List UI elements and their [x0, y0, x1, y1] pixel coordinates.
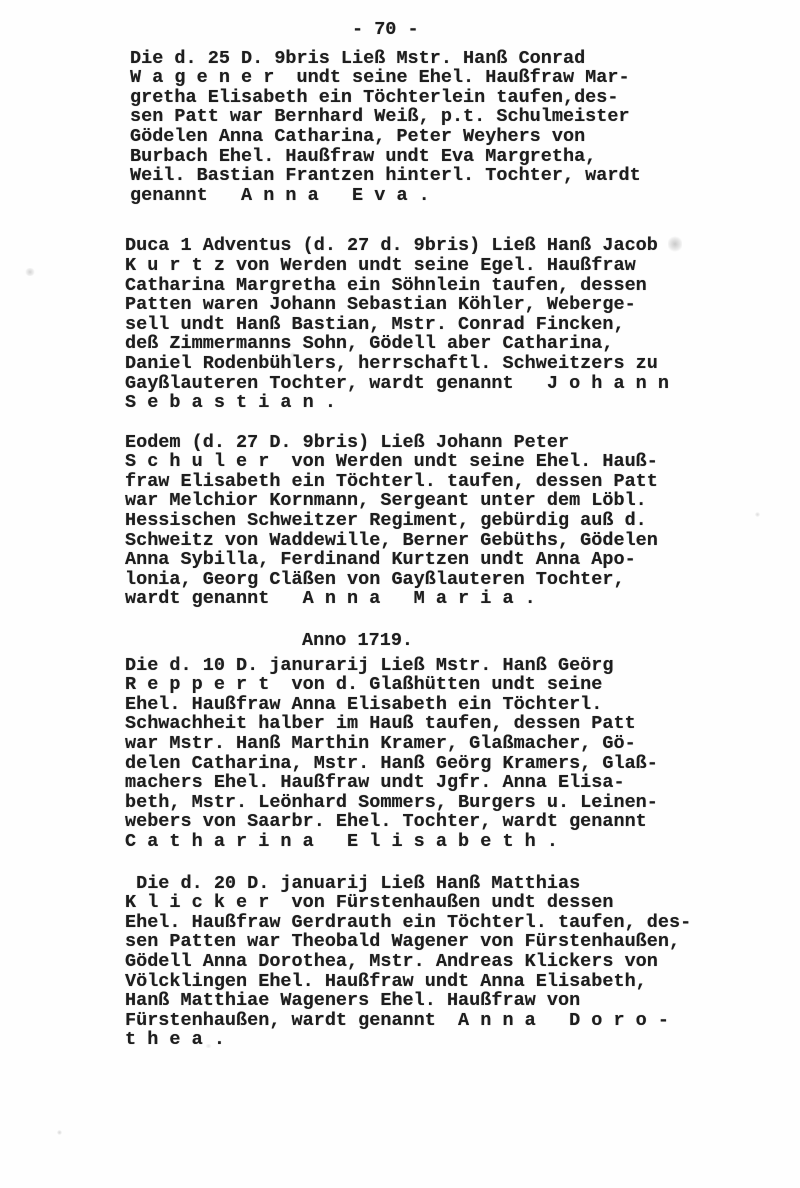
ink-speck	[25, 268, 35, 276]
baptism-entry-johann-sebastian: Duca 1 Adventus (d. 27 d. 9bris) Ließ Ha…	[125, 236, 800, 412]
page-number: - 70 -	[352, 0, 800, 40]
year-heading-anno-1719: Anno 1719.	[302, 631, 800, 651]
register-page: - 70 - Die d. 25 D. 9bris Ließ Mstr. Han…	[0, 0, 800, 1188]
baptism-entry-anna-eva: Die d. 25 D. 9bris Ließ Mstr. Hanß Conra…	[130, 49, 800, 206]
ink-speck	[57, 1130, 62, 1135]
baptism-entry-anna-dorothea: Die d. 20 D. januarij Ließ Hanß Matthias…	[125, 874, 800, 1050]
baptism-entry-anna-maria: Eodem (d. 27 D. 9bris) Ließ Johann Peter…	[125, 433, 800, 609]
baptism-entry-catharina-elisabeth: Die d. 10 D. janurarij Ließ Mstr. Hanß G…	[125, 656, 800, 852]
